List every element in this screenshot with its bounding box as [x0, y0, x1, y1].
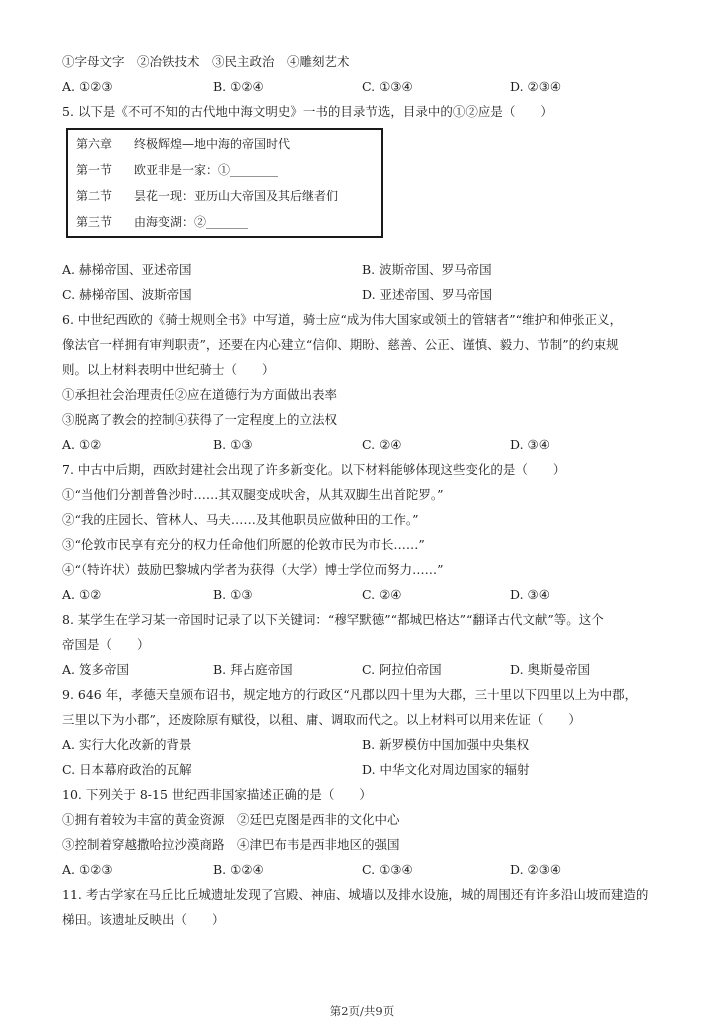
toc-chapter: 第六章 — [76, 136, 134, 152]
q4-items: ①字母文字 ②冶铁技术 ③民主政治 ④雕刻艺术 — [62, 54, 350, 70]
q5-option-d: D. 亚述帝国、罗马帝国 — [362, 287, 492, 303]
q8-option-c: C. 阿拉伯帝国 — [362, 662, 442, 678]
toc-row: 第二节昙花一现：亚历山大帝国及其后继者们 — [76, 188, 338, 204]
q7-option-b: B. ①③ — [213, 587, 253, 603]
q4-option-b: B. ①②④ — [213, 79, 264, 95]
toc-title: 终极辉煌—地中海的帝国时代 — [134, 137, 290, 151]
toc-row: 第一节欧亚非是一家：①________ — [76, 162, 278, 178]
q7-option-a: A. ①② — [62, 587, 101, 603]
q6-option-b: B. ①③ — [213, 437, 253, 453]
q5-toc-box: 第六章终极辉煌—地中海的帝国时代 第一节欧亚非是一家：①________ 第二节… — [66, 128, 383, 238]
q7-stem: 7. 中古中后期，西欧封建社会出现了许多新变化。以下材料能够体现这些变化的是（ … — [62, 462, 565, 478]
toc-title: 昙花一现：亚历山大帝国及其后继者们 — [134, 189, 338, 203]
q10-option-a: A. ①②③ — [62, 862, 113, 878]
toc-title: 欧亚非是一家：①________ — [134, 163, 278, 177]
toc-chapter: 第一节 — [76, 162, 134, 178]
q9-option-c: C. 日本幕府政治的瓦解 — [62, 762, 192, 778]
q11-stem-line: 梯田。该遗址反映出（ ） — [62, 912, 225, 928]
q8-stem-line: 帝国是（ ） — [62, 637, 150, 653]
q4-option-d: D. ②③④ — [510, 79, 561, 95]
q6-item-line: ①承担社会治理责任②应在道德行为方面做出表率 — [62, 387, 337, 403]
q10-item-line: ①拥有着较为丰富的黄金资源 ②廷巴克图是西非的文化中心 — [62, 812, 400, 828]
q9-option-d: D. 中华文化对周边国家的辐射 — [362, 762, 530, 778]
q4-option-a: A. ①②③ — [62, 79, 113, 95]
q7-item: ④“（特许状）鼓励巴黎城内学者为获得（大学）博士学位而努力……” — [62, 562, 444, 578]
q7-item: ③“伦敦市民享有充分的权力任命他们所愿的伦敦市民为市长……” — [62, 537, 425, 553]
q5-option-b: B. 波斯帝国、罗马帝国 — [362, 262, 492, 278]
q7-option-c: C. ②④ — [362, 587, 401, 603]
toc-row: 第三节由海变湖：②_______ — [76, 214, 248, 230]
q6-stem-line: 则。以上材料表明中世纪骑士（ ） — [62, 362, 275, 378]
q10-option-c: C. ①③④ — [362, 862, 413, 878]
q9-option-b: B. 新罗模仿中国加强中央集权 — [362, 737, 529, 753]
q5-option-a: A. 赫梯帝国、亚述帝国 — [62, 262, 191, 278]
q6-option-c: C. ②④ — [362, 437, 401, 453]
q10-option-d: D. ②③④ — [510, 862, 561, 878]
toc-title: 由海变湖：②_______ — [134, 215, 248, 229]
q7-item: ②“我的庄园长、管林人、马夫……及其他职员应做种田的工作。” — [62, 512, 419, 528]
exam-page: ①字母文字 ②冶铁技术 ③民主政治 ④雕刻艺术 A. ①②③ B. ①②④ C.… — [0, 0, 724, 1024]
q7-option-d: D. ③④ — [510, 587, 550, 603]
q9-stem-line: 9. 646 年，孝德天皇颁布诏书，规定地方的行政区“凡郡以四十里为大郡，三十里… — [62, 687, 637, 703]
q5-stem: 5. 以下是《不可不知的古代地中海文明史》一书的目录节选，目录中的①②应是（ ） — [62, 104, 553, 120]
q8-option-b: B. 拜占庭帝国 — [213, 662, 293, 678]
q6-stem-line: 像法官一样拥有审判职责”，还要在内心建立“信仰、期盼、慈善、公正、谨慎、毅力、节… — [62, 337, 619, 353]
q8-stem-line: 8. 某学生在学习某一帝国时记录了以下关键词：“穆罕默德”“都城巴格达”“翻译古… — [62, 612, 604, 628]
toc-chapter: 第二节 — [76, 188, 134, 204]
q9-option-a: A. 实行大化改新的背景 — [62, 737, 191, 753]
q8-option-d: D. 奥斯曼帝国 — [510, 662, 590, 678]
q8-option-a: A. 笈多帝国 — [62, 662, 129, 678]
q10-item-line: ③控制着穿越撒哈拉沙漠商路 ④津巴布韦是西非地区的强国 — [62, 837, 400, 853]
q9-stem-line: 三里以下为小郡”，还废除原有赋役，以租、庸、调取而代之。以上材料可以用来佐证（ … — [62, 712, 581, 728]
q5-option-c: C. 赫梯帝国、波斯帝国 — [62, 287, 192, 303]
q7-item: ①“当他们分割普鲁沙时……其双腿变成吠舍，从其双脚生出首陀罗。” — [62, 487, 444, 503]
q6-option-d: D. ③④ — [510, 437, 550, 453]
q10-option-b: B. ①②④ — [213, 862, 264, 878]
q4-option-c: C. ①③④ — [362, 79, 413, 95]
q11-stem-line: 11. 考古学家在马丘比丘城遗址发现了宫殿、神庙、城墙以及排水设施，城的周围还有… — [62, 887, 648, 903]
toc-chapter: 第三节 — [76, 214, 134, 230]
page-number: 第2页/共9页 — [0, 1003, 724, 1019]
q10-stem: 10. 下列关于 8-15 世纪西非国家描述正确的是（ ） — [62, 787, 372, 803]
q6-option-a: A. ①② — [62, 437, 101, 453]
q6-item-line: ③脱离了教会的控制④获得了一定程度上的立法权 — [62, 412, 337, 428]
toc-row: 第六章终极辉煌—地中海的帝国时代 — [76, 136, 290, 152]
q6-stem-line: 6. 中世纪西欧的《骑士规则全书》中写道，骑士应“成为伟大国家或领土的管辖者”“… — [62, 312, 622, 328]
